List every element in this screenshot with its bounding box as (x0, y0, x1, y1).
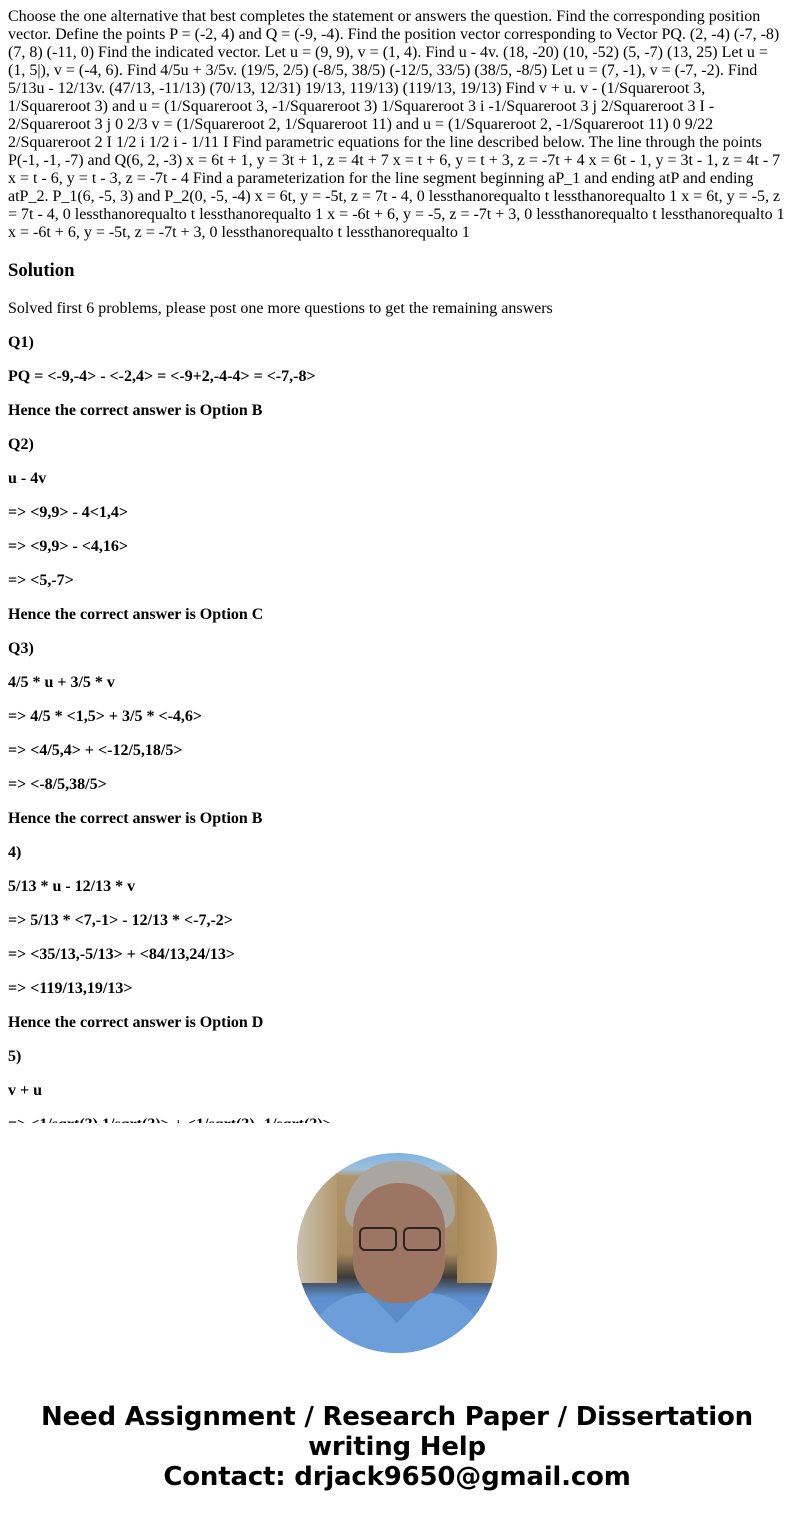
banner-contact-email: Contact: drjack9650@gmail.com (0, 1462, 794, 1492)
tutor-avatar-photo (297, 1153, 497, 1353)
banner-line-2: writing Help (0, 1432, 794, 1462)
solution-line-q5-label: 5) (8, 1048, 786, 1066)
solution-answer: Hence the correct answer is Option B (8, 402, 786, 420)
solution-line: => <35/13,-5/13> + <84/13,24/13> (8, 946, 786, 964)
solution-line: 4/5 * u + 3/5 * v (8, 674, 786, 692)
solution-intro: Solved first 6 problems, please post one… (8, 300, 786, 318)
solution-answer: Hence the correct answer is Option B (8, 810, 786, 828)
solution-line: PQ = <-9,-4> - <-2,4> = <-9+2,-4-4> = <-… (8, 368, 786, 386)
solution-line: => <9,9> - 4<1,4> (8, 504, 786, 522)
photo-background-right (457, 1173, 497, 1283)
solution-line-q4-label: 4) (8, 844, 786, 862)
solution-line: => <5,-7> (8, 572, 786, 590)
solution-answer: Hence the correct answer is Option C (8, 606, 786, 624)
solution-heading: Solution (8, 260, 786, 282)
question-text: Choose the one alternative that best com… (8, 8, 786, 242)
photo-background-left (297, 1173, 337, 1283)
banner-line-1: Need Assignment / Research Paper / Disse… (0, 1402, 794, 1432)
solution-line: => 5/13 * <7,-1> - 12/13 * <-7,-2> (8, 912, 786, 930)
solution-line: => <119/13,19/13> (8, 980, 786, 998)
solution-line: => <1/sqrt(3),1/sqrt(3)> + <1/sqrt(3),-1… (8, 1116, 786, 1123)
solution-line-q2-label: Q2) (8, 436, 786, 454)
solution-line: v + u (8, 1082, 786, 1100)
solution-line: => <4/5,4> + <-12/5,18/5> (8, 742, 786, 760)
solution-line: => <9,9> - <4,16> (8, 538, 786, 556)
solution-line: => <-8/5,38/5> (8, 776, 786, 794)
solution-answer: Hence the correct answer is Option D (8, 1014, 786, 1032)
solution-line: 5/13 * u - 12/13 * v (8, 878, 786, 896)
solution-line-q3-label: Q3) (8, 640, 786, 658)
solution-line: u - 4v (8, 470, 786, 488)
solution-line-q1-label: Q1) (8, 334, 786, 352)
document-content: Choose the one alternative that best com… (8, 8, 786, 1123)
contact-banner: Need Assignment / Research Paper / Disse… (0, 1402, 794, 1492)
glasses-icon (403, 1227, 441, 1251)
solution-line: => 4/5 * <1,5> + 3/5 * <-4,6> (8, 708, 786, 726)
glasses-icon (359, 1227, 397, 1251)
